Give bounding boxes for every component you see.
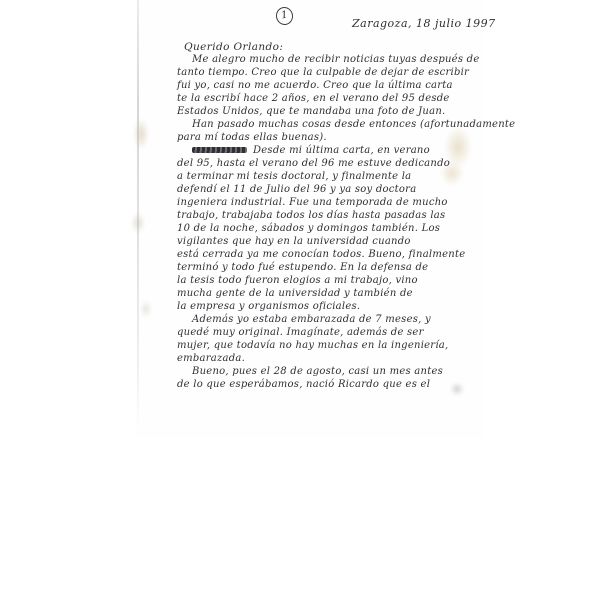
letter-line: Además yo estaba embarazada de 7 meses, … — [177, 313, 480, 326]
letter-line: ingeniera industrial. Fue una temporada … — [177, 196, 480, 209]
letter-line: Me alegro mucho de recibir noticias tuya… — [177, 53, 480, 66]
letter-line: la tesis todo fueron elogios a mi trabaj… — [177, 274, 480, 287]
letter-line: embarazada. — [177, 352, 480, 365]
letter-line-text: Desde mi última carta, en verano — [253, 145, 430, 156]
letter-line: 10 de la noche, sábados y domingos tambi… — [177, 222, 480, 235]
scribbled-out-text — [192, 147, 247, 153]
letter-line: te la escribí hace 2 años, en el verano … — [177, 92, 480, 105]
dateline: Zaragoza, 18 julio 1997 — [352, 17, 496, 30]
letter-line: Desde mi última carta, en verano — [177, 144, 480, 157]
letter-line: mucha gente de la universidad y también … — [177, 287, 480, 300]
letter-line: fui yo, casi no me acuerdo. Creo que la … — [177, 79, 480, 92]
letter-line: está cerrada ya me conocían todos. Bueno… — [177, 248, 480, 261]
letter-line: defendí el 11 de Julio del 96 y ya soy d… — [177, 183, 480, 196]
paper-left-edge — [137, 0, 139, 430]
letter-line: la empresa y organismos oficiales. — [177, 300, 480, 313]
letter-line: mujer, que todavía no hay muchas en la i… — [177, 339, 480, 352]
letter-line: trabajo, trabajaba todos los días hasta … — [177, 209, 480, 222]
scanned-letter-canvas: 1 Zaragoza, 18 julio 1997 Querido Orland… — [0, 0, 600, 600]
letter-line: de lo que esperábamos, nació Ricardo que… — [177, 378, 480, 391]
letter-line: quedé muy original. Imagínate, además de… — [177, 326, 480, 339]
letter-line: Bueno, pues el 28 de agosto, casi un mes… — [177, 365, 480, 378]
letter-line: a terminar mi tesis doctoral, y finalmen… — [177, 170, 480, 183]
letter-line: Han pasado muchas cosas desde entonces (… — [177, 118, 480, 131]
letter-line: tanto tiempo. Creo que la culpable de de… — [177, 66, 480, 79]
letter-line: para mí todas ellas buenas). — [177, 131, 480, 144]
letter-body: Me alegro mucho de recibir noticias tuya… — [177, 53, 480, 391]
letter-line: vigilantes que hay en la universidad cua… — [177, 235, 480, 248]
salutation: Querido Orlando: — [184, 41, 283, 53]
letter-line: del 95, hasta el verano del 96 me estuve… — [177, 157, 480, 170]
letter-line: Estados Unidos, que te mandaba una foto … — [177, 105, 480, 118]
letter-line: terminó y todo fué estupendo. En la defe… — [177, 261, 480, 274]
